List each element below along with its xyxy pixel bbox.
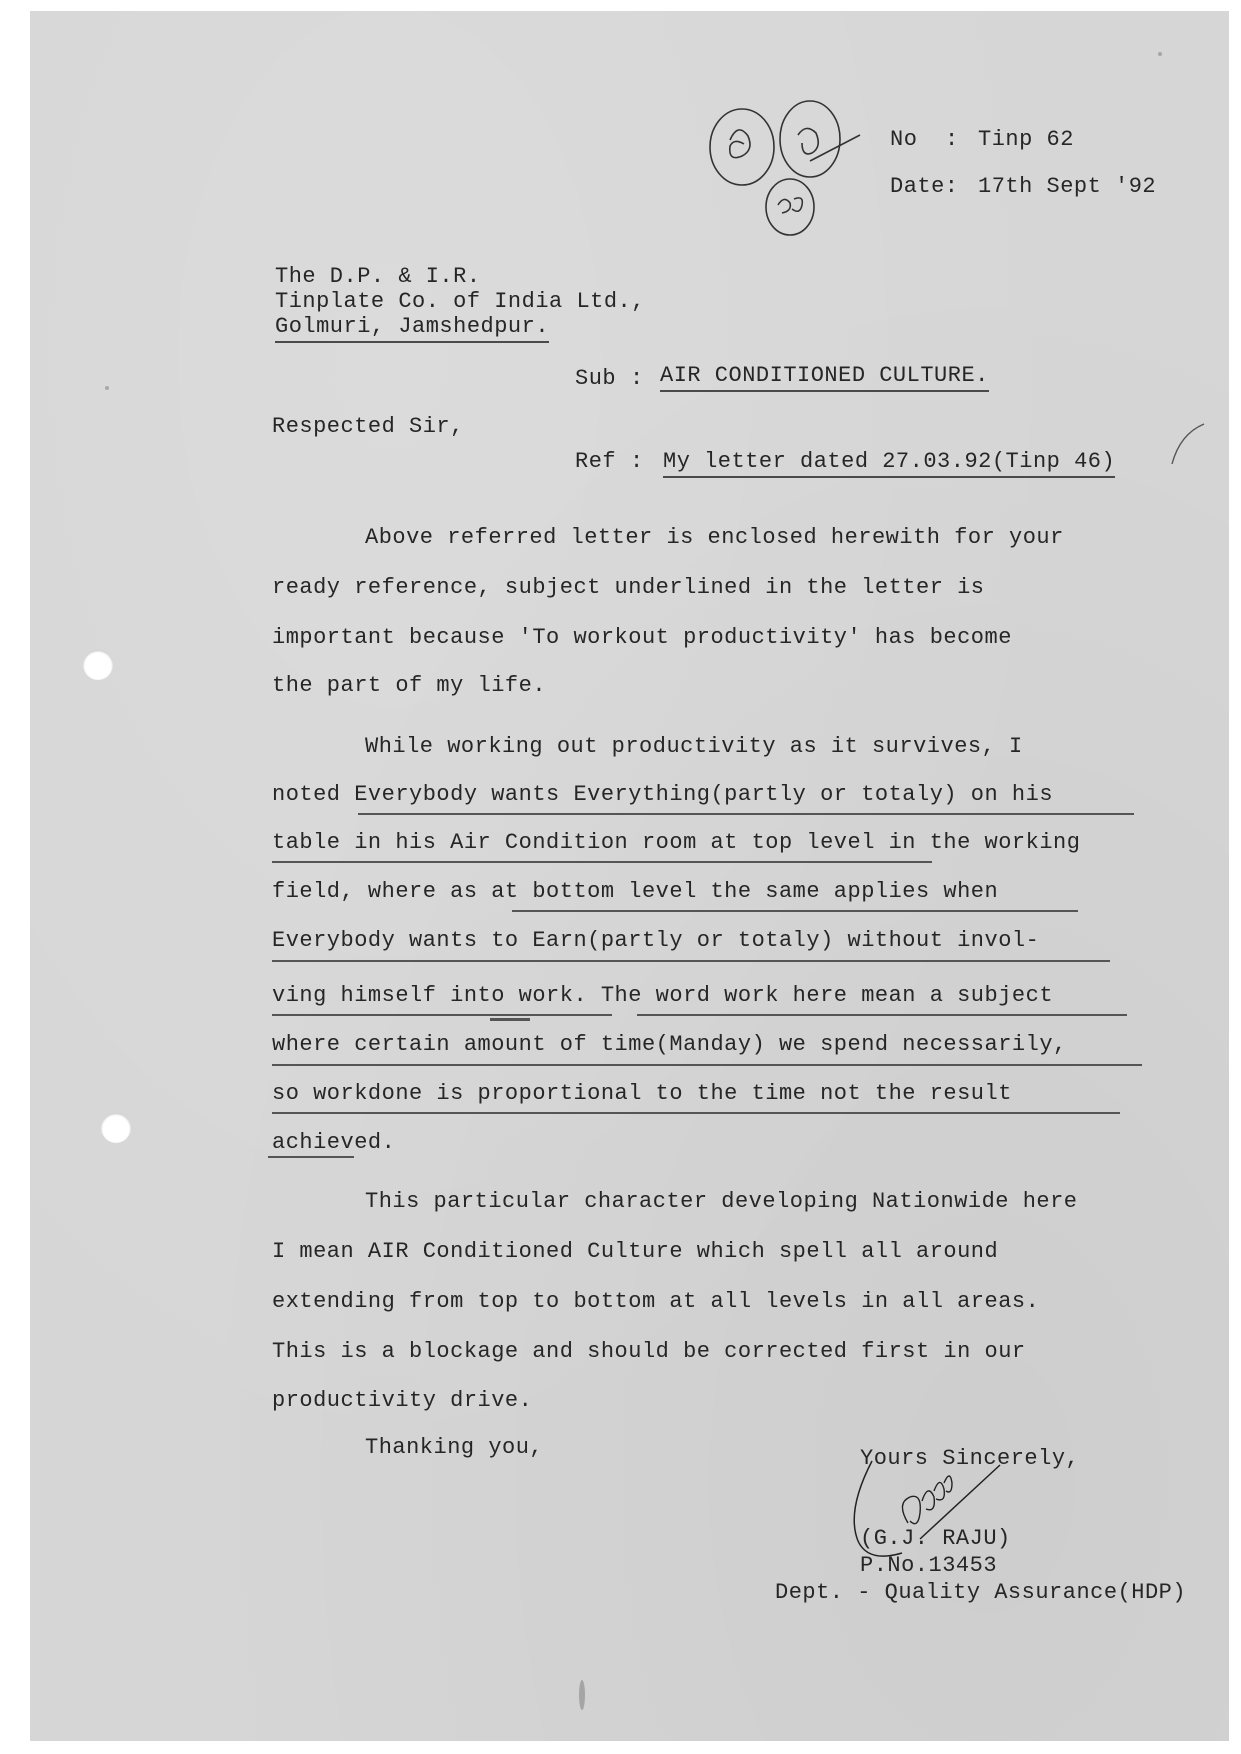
salutation: Respected Sir, bbox=[272, 414, 464, 440]
para2-line-3: table in his Air Condition room at top l… bbox=[272, 830, 1080, 856]
reference-number: Tinp 62 bbox=[978, 127, 1074, 153]
subject-label: Sub bbox=[575, 366, 616, 392]
para3-line-2: I mean AIR Conditioned Culture which spe… bbox=[272, 1239, 998, 1265]
scan-smudge bbox=[579, 1680, 585, 1710]
para2-line-4: field, where as at bottom level the same… bbox=[272, 879, 998, 905]
handwritten-underline bbox=[272, 861, 932, 863]
para1-line-1: Above referred letter is enclosed herewi… bbox=[365, 525, 1064, 551]
para1-line-2: ready reference, subject underlined in t… bbox=[272, 575, 985, 601]
handwritten-underline bbox=[272, 1112, 1120, 1114]
handwritten-underline bbox=[272, 1064, 1142, 1066]
closing-thanks: Thanking you, bbox=[365, 1435, 543, 1461]
department: Dept. - Quality Assurance(HDP) bbox=[775, 1580, 1186, 1606]
handwritten-underline bbox=[272, 960, 1110, 962]
para2-line-5: Everybody wants to Earn(partly or totaly… bbox=[272, 928, 1039, 954]
para3-line-5: productivity drive. bbox=[272, 1388, 532, 1414]
reference-number-label: No bbox=[890, 127, 917, 153]
margin-pen-stroke bbox=[1168, 420, 1208, 470]
addressee-line-3: Golmuri, Jamshedpur. bbox=[275, 314, 549, 343]
ref-label: Ref bbox=[575, 449, 616, 475]
para2-line-8: so workdone is proportional to the time … bbox=[272, 1081, 1012, 1107]
handwritten-underline bbox=[637, 1014, 1127, 1016]
handwritten-underline bbox=[272, 1014, 612, 1016]
para1-line-4: the part of my life. bbox=[272, 673, 546, 699]
ref-value: My letter dated 27.03.92(Tinp 46) bbox=[663, 449, 1115, 478]
para1-line-3: important because 'To workout productivi… bbox=[272, 625, 1012, 651]
punch-hole-top bbox=[83, 650, 113, 680]
punch-hole-bottom bbox=[101, 1113, 131, 1143]
para2-line-9: achieved. bbox=[272, 1130, 395, 1156]
handwritten-circled-numbers bbox=[690, 95, 890, 235]
personal-number: P.No.13453 bbox=[860, 1553, 997, 1579]
para3-line-4: This is a blockage and should be correct… bbox=[272, 1339, 1026, 1365]
para2-line-6: ving himself into work. The word work he… bbox=[272, 983, 1053, 1009]
scan-speck bbox=[105, 386, 109, 390]
para2-line-1: While working out productivity as it sur… bbox=[365, 734, 1023, 760]
date-label: Date: bbox=[890, 174, 959, 200]
para3-line-3: extending from top to bottom at all leve… bbox=[272, 1289, 1039, 1315]
reference-number-separator: : bbox=[945, 127, 959, 153]
date-value: 17th Sept '92 bbox=[978, 174, 1156, 200]
subject-separator: : bbox=[630, 366, 644, 392]
scan-speck bbox=[1158, 52, 1162, 56]
para2-line-7: where certain amount of time(Manday) we … bbox=[272, 1032, 1067, 1058]
signatory-name: (G.J. RAJU) bbox=[860, 1526, 1011, 1552]
handwritten-underline bbox=[268, 1156, 354, 1158]
ref-separator: : bbox=[630, 449, 644, 475]
handwritten-underline bbox=[358, 813, 1134, 815]
addressee-line-1: The D.P. & I.R. bbox=[275, 264, 481, 290]
para2-line-2: noted Everybody wants Everything(partly … bbox=[272, 782, 1053, 808]
para3-line-1: This particular character developing Nat… bbox=[365, 1189, 1078, 1215]
handwritten-underline bbox=[512, 910, 1078, 912]
handwritten-underline bbox=[490, 1018, 530, 1021]
subject-value: AIR CONDITIONED CULTURE. bbox=[660, 363, 989, 392]
addressee-line-2: Tinplate Co. of India Ltd., bbox=[275, 289, 645, 315]
